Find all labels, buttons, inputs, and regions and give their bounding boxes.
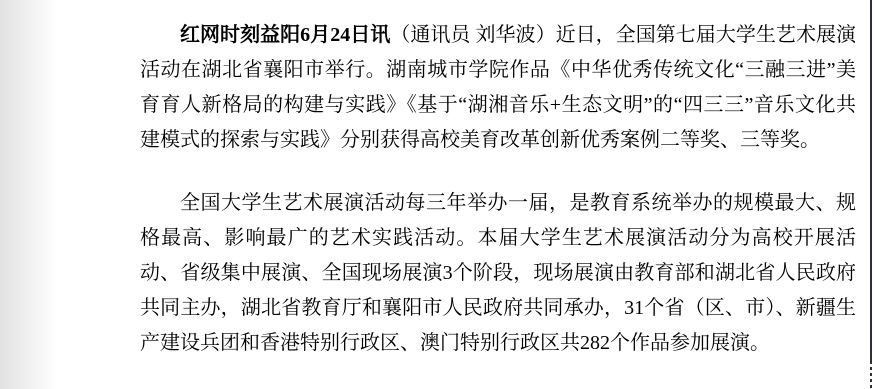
document-page: 红网时刻益阳6月24日讯（通讯员 刘华波）近日，全国第七届大学生艺术展演活动在湖…: [0, 0, 877, 389]
article-lead-dateline: 红网时刻益阳6月24日讯: [180, 24, 390, 46]
page-right-border-dashes: [870, 361, 872, 389]
article-body: 红网时刻益阳6月24日讯（通讯员 刘华波）近日，全国第七届大学生艺术展演活动在湖…: [140, 18, 856, 361]
article-paragraph-2: 全国大学生艺术展演活动每三年举办一届，是教育系统举办的规模最大、规格最高、影响最…: [140, 186, 856, 361]
article-paragraph-1: 红网时刻益阳6月24日讯（通讯员 刘华波）近日，全国第七届大学生艺术展演活动在湖…: [140, 18, 856, 158]
article-paragraph-2-text: 全国大学生艺术展演活动每三年举办一届，是教育系统举办的规模最大、规格最高、影响最…: [140, 192, 856, 354]
page-right-border-line: [870, 0, 872, 361]
page-left-edge-shadow: [0, 0, 58, 389]
